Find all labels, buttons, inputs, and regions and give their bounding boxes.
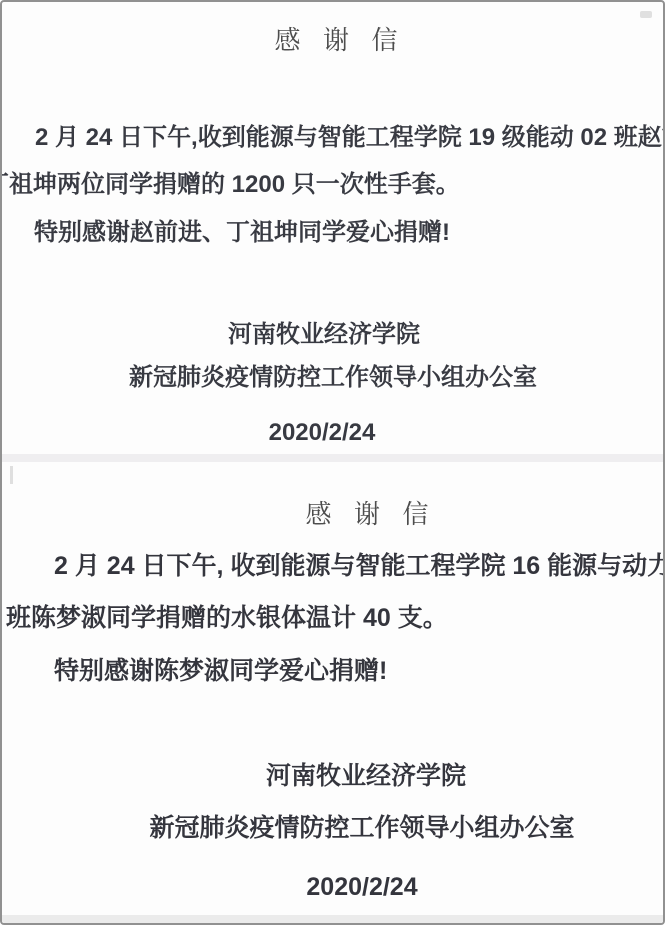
letter-1-signature-org: 河南牧业经济学院	[228, 323, 420, 347]
letter-2-signature-office: 新冠肺炎疫情防控工作领导小组办公室	[149, 816, 574, 841]
letter-2-title: 感 谢 信	[305, 494, 436, 531]
letter-2-body-line-1: 2 月 24 日下午, 收到能源与智能工程学院 16 能源与动力工	[54, 554, 665, 579]
scan-artifact-tick	[10, 466, 13, 484]
letter-1-body-line-1: 2 月 24 日下午,收到能源与智能工程学院 19 级能动 02 班赵前进、	[35, 126, 665, 150]
document-page: 感 谢 信 2 月 24 日下午,收到能源与智能工程学院 19 级能动 02 班…	[0, 0, 665, 925]
letter-2-date-line: 2020/2/24	[306, 875, 417, 900]
letter-1-signature-office: 新冠肺炎疫情防控工作领导小组办公室	[129, 366, 537, 390]
scan-bottom-edge	[2, 915, 663, 924]
letter-2-signature-org: 河南牧业经济学院	[266, 764, 466, 789]
letter-1-date-line: 2020/2/24	[269, 421, 376, 445]
letter-2-body-line-3: 特别感谢陈梦淑同学爱心捐赠!	[54, 659, 387, 684]
letter-1-body-line-2: 丁祖坤两位同学捐赠的 1200 只一次性手套。	[0, 173, 460, 197]
letter-2-body-line-2: 班陈梦淑同学捐赠的水银体温计 40 支。	[6, 606, 448, 631]
scan-seam-line	[2, 454, 663, 462]
scan-artifact-smudge	[640, 11, 652, 18]
letter-1-body-line-3: 特别感谢赵前进、丁祖坤同学爱心捐赠!	[34, 221, 450, 245]
letter-1-title: 感 谢 信	[274, 20, 405, 57]
